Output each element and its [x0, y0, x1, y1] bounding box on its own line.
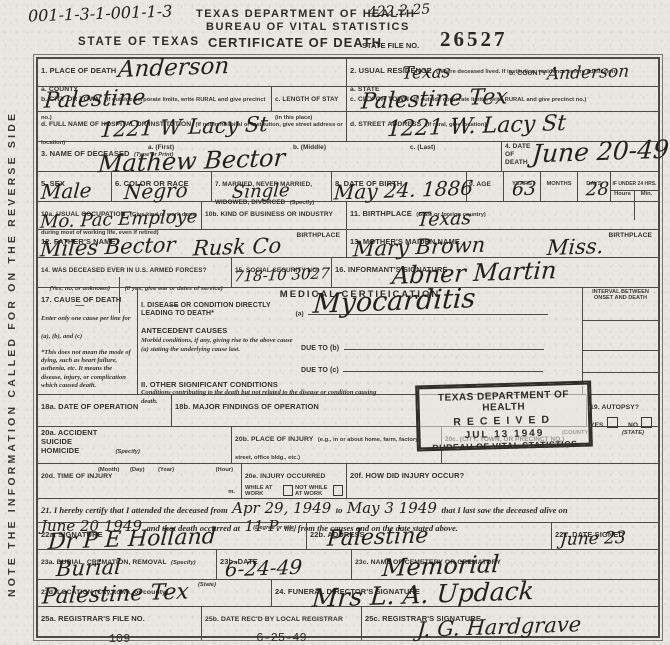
bureau-title: BUREAU OF VITAL STATISTICS [206, 21, 410, 33]
ssn-cell: 15. SOCIAL SECURITY NO. 718-10 3027 [232, 258, 332, 287]
antecedent-label: ANTECEDENT CAUSES [141, 326, 579, 335]
injury-day-label: (Day) [130, 467, 145, 473]
burial-date-value: 6-24-49 [224, 557, 302, 580]
street-address-value: 1221 W. Lacy St [386, 113, 567, 141]
age-years-value: 63 [511, 180, 537, 200]
medical-main-cell: MEDICAL CERTIFICATION I. DISEASE OR COND… [138, 288, 583, 394]
row-attending: 22a. SIGNATURE (Degree or title) Dr P E … [38, 523, 658, 550]
row-service: 14. WAS DECEASED EVER IN U.S. ARMED FORC… [38, 258, 658, 288]
row-place-residence: 1. PLACE OF DEATH a. COUNTY Anderson 2. … [38, 59, 658, 87]
place-city-value: Palestine [43, 87, 146, 113]
received-stamp: TEXAS DEPARTMENT OF HEALTH RECEIVED JUL … [417, 383, 591, 450]
ssn-value: 718-10 3027 [234, 266, 331, 284]
injury-month-label: (Month) [98, 467, 119, 473]
autopsy-cell: 19. AUTOPSY? YES NO [587, 395, 658, 426]
dob-value: May 24. 1886 [333, 178, 473, 203]
occupation-value: Mo. Pac Employe [39, 208, 198, 232]
row-city: b. CITY OR TOWN (If outside corporate li… [38, 87, 658, 112]
disease-value: Myocarditis [312, 285, 476, 318]
due-to-c-label: DUE TO (c) [301, 367, 339, 374]
institution-cell: d. FULL NAME OF HOSPITAL OR INSTITUTION … [38, 112, 347, 141]
disease-label: I. DISEASE OR CONDITION DIRECTLY LEADING… [141, 302, 291, 319]
row-parents: 12. FATHER'S NAME BIRTHPLACE Miles Becto… [38, 230, 658, 258]
mother-birthplace-label: BIRTHPLACE [609, 232, 653, 240]
time-of-injury-cell: 20d. TIME OF INJURY (Month) (Day) (Year)… [38, 464, 242, 498]
attending-address-value: Palestine [326, 525, 429, 551]
injury-occurred-cell: 20e. INJURY OCCURRED WHILE AT WORK NOT W… [242, 464, 347, 498]
row-name-dod: 3. NAME OF DECEASED (Type or Print) a. (… [38, 142, 658, 172]
registrar-signature-value: J. G. Hardgrave [416, 614, 581, 641]
how-injury-label: 20f. HOW DID INJURY OCCUR? [350, 471, 464, 480]
burial-date-cell: 23b. DATE 6-24-49 [217, 550, 352, 579]
sex-value: Male [40, 180, 92, 202]
disposal-location-state-label: (State) [198, 582, 216, 588]
row-disposal: 23a. BURIAL, CREMATION, REMOVAL (Specify… [38, 550, 658, 580]
how-injury-cell: 20f. HOW DID INJURY OCCUR? [347, 464, 658, 498]
birthplace-cell: 11. BIRTHPLACE (State or foreign country… [347, 202, 658, 229]
state-file-no-label: STATE FILE NO. [362, 41, 419, 50]
father-birthplace-value: Rusk Co [192, 235, 282, 259]
cause-of-death-label: 17. CAUSE OF DEATH [41, 295, 121, 304]
name-of-deceased-cell: 3. NAME OF DECEASED (Type or Print) a. (… [38, 142, 502, 171]
funeral-director-value: Mrs L. A. Updack [311, 578, 535, 611]
father-birthplace-label: BIRTHPLACE [297, 232, 341, 240]
date-signed-cell: 22c. DATE SIGNED June 23 [552, 523, 658, 549]
age-years-cell: YEARS 63 [504, 172, 541, 201]
accident-label: 20a. ACCIDENT SUICIDE HOMICIDE [41, 428, 111, 455]
accident-cell: 20a. ACCIDENT SUICIDE HOMICIDE (Specify) [38, 427, 232, 463]
burial-note: (Specify) [171, 560, 195, 566]
age-days-value: 28 [585, 181, 609, 200]
injury-year-label: (Year) [158, 467, 174, 473]
date-signed-value: June 23 [559, 530, 626, 549]
stamp-line1: TEXAS DEPARTMENT OF HEALTH [419, 389, 588, 416]
usual-residence-cell: 2. USUAL RESIDENCE (Where deceased lived… [347, 59, 658, 86]
cemetery-cell: 23c. NAME OF CEMETERY OR CREMATORY Memor… [352, 550, 658, 579]
attending-signature-note: (Degree or title) [253, 525, 296, 531]
father-cell: 12. FATHER'S NAME BIRTHPLACE Miles Becto… [38, 230, 347, 257]
birthplace-label: 11. BIRTHPLACE [350, 209, 412, 218]
autopsy-label: 19. AUTOPSY? [590, 404, 639, 411]
age-months-label: MONTHS [546, 181, 571, 187]
occupation-cell: 10a. USUAL OCCUPATION (Give kind of work… [38, 202, 202, 229]
age-label: 9. AGE [469, 181, 491, 188]
cemetery-value: Memorial [381, 552, 500, 580]
handwritten-number: 422.2 25 [368, 2, 431, 19]
marital-value: Single [231, 182, 290, 202]
disposal-location-value: Palestine Tex [41, 581, 189, 608]
institution-value: 1221 W Lacy St [99, 114, 268, 141]
county-value: Anderson [117, 55, 230, 82]
registrar-file-value: 109 [41, 632, 198, 645]
attending-signature-cell: 22a. SIGNATURE (Degree or title) Dr P E … [38, 523, 307, 549]
interval-label: INTERVAL BETWEEN ONSET AND DEATH [586, 289, 655, 301]
while-at-work-checkbox [283, 485, 293, 496]
state-of-texas: STATE OF TEXAS [78, 36, 200, 48]
industry-label: 10b. KIND OF BUSINESS OR INDUSTRY [205, 211, 333, 218]
mother-cell: 13. MOTHER'S MAIDEN NAME BIRTHPLACE Mary… [347, 230, 658, 257]
certify-from-value: Apr 29, 1949 [232, 499, 331, 517]
certificate-form: 1. PLACE OF DEATH a. COUNTY Anderson 2. … [36, 57, 660, 638]
reverse-side-note: NOTE THE INFORMATION CALLED FOR ON THE R… [6, 78, 26, 630]
place-of-death-cell: 1. PLACE OF DEATH a. COUNTY Anderson [38, 59, 347, 86]
row-vitals: 5. SEX Male 6. COLOR OR RACE Negro 7. MA… [38, 172, 658, 202]
length-of-stay-label: c. LENGTH OF STAY [275, 96, 338, 103]
burial-cell: 23a. BURIAL, CREMATION, REMOVAL (Specify… [38, 550, 217, 579]
injury-occurred-label: 20e. INJURY OCCURRED [245, 473, 325, 480]
residence-state-value: Texas [401, 64, 451, 83]
accident-note: (Specify) [115, 449, 139, 455]
registrar-signature-cell: 25c. REGISTRAR'S SIGNATURE J. G. Hardgra… [362, 607, 658, 640]
place-of-injury-cell: 20b. PLACE OF INJURY (e.g., in or about … [232, 427, 442, 463]
middle-name-label: b. (Middle) [293, 144, 326, 152]
row-registrar: 25a. REGISTRAR'S FILE NO. 109 25b. DATE … [38, 607, 658, 640]
injury-hour-label: (Hour) [216, 467, 233, 473]
row-occupation: 10a. USUAL OCCUPATION (Give kind of work… [38, 202, 658, 230]
not-while-at-work-checkbox [333, 485, 343, 496]
burial-value: Burial [55, 557, 121, 580]
age-cell: 9. AGE YEARS 63 MONTHS DAYS 28 IF UNDER … [467, 172, 658, 201]
race-cell: 6. COLOR OR RACE Negro [112, 172, 212, 201]
certificate-title: CERTIFICATE OF DEATH [208, 35, 382, 50]
armed-forces-label: 14. WAS DECEASED EVER IN U.S. ARMED FORC… [41, 267, 207, 274]
residence-county-value: Anderson [546, 64, 629, 84]
father-value: Miles Bector [39, 235, 176, 261]
mother-value: Mary Brown [352, 235, 486, 261]
certify-text-2: to [336, 505, 343, 515]
industry-cell: 10b. KIND OF BUSINESS OR INDUSTRY [202, 202, 347, 229]
sex-cell: 5. SEX Male [38, 172, 112, 201]
interval-cell: INTERVAL BETWEEN ONSET AND DEATH [583, 288, 658, 394]
operation-findings-label: 18b. MAJOR FINDINGS OF OPERATION [175, 402, 319, 411]
operation-date-cell: 18a. DATE OF OPERATION [38, 395, 172, 426]
cause-note1: Enter only one cause per line for (a), (… [41, 315, 130, 340]
row-medical-certification: 17. CAUSE OF DEATH Enter only one cause … [38, 288, 658, 395]
race-value: Negro [123, 180, 188, 202]
certify-to-value: May 3 1949 [347, 499, 437, 517]
age-days-cell: DAYS 28 [578, 172, 611, 201]
funeral-director-cell: 24. FUNERAL DIRECTOR'S SIGNATURE Mrs L. … [272, 580, 658, 606]
while-at-work-label: WHILE AT WORK [245, 485, 278, 498]
registrar-date-value: 6-25-49 [205, 631, 358, 645]
disease-mark: (a) [295, 310, 303, 317]
place-city-cell: b. CITY OR TOWN (If outside corporate li… [38, 87, 272, 111]
registrar-file-label: 25a. REGISTRAR'S FILE NO. [41, 614, 145, 623]
cause-of-death-cell: 17. CAUSE OF DEATH Enter only one cause … [38, 288, 138, 394]
last-name-label: c. (Last) [410, 144, 435, 152]
registrar-date-cell: 25b. DATE REC'D BY LOCAL REGISTRAR 6-25-… [202, 607, 362, 640]
certify-text-1: 21. I hereby certify that I attended the… [41, 505, 228, 515]
row-injury-time: 20d. TIME OF INJURY (Month) (Day) (Year)… [38, 464, 658, 499]
injury-meridiem-label: m. [228, 489, 235, 495]
row-location-director: 23d. LOCATION (City, town, or county) (S… [38, 580, 658, 607]
age-label-cell: 9. AGE [467, 172, 504, 201]
length-of-stay-cell: c. LENGTH OF STAY (in this place) [272, 87, 347, 111]
antecedent-note: Morbid conditions, if any, giving rise t… [141, 337, 301, 355]
certify-cell: 21. I hereby certify that I attended the… [38, 499, 658, 522]
date-of-death-cell: 4. DATE OF DEATH June 20-49 [502, 142, 658, 171]
injury-state-label: (STATE) [622, 430, 644, 436]
informant-cell: 16. INFORMANT'S SIGNATURE Abner Martin [332, 258, 658, 287]
operation-date-label: 18a. DATE OF OPERATION [41, 402, 138, 411]
place-of-death-label: 1. PLACE OF DEATH [41, 66, 116, 75]
due-to-b-label: DUE TO (b) [301, 345, 339, 352]
age-months-cell: MONTHS [541, 172, 578, 201]
birthplace-value: Texas [416, 209, 472, 230]
residence-county-label: b. COUNTY [509, 70, 547, 78]
disposal-location-cell: 23d. LOCATION (City, town, or county) (S… [38, 580, 272, 606]
residence-city-value: Palestine Tex [360, 86, 508, 113]
attending-address-cell: 22b. ADDRESS Palestine [307, 523, 552, 549]
handwritten-file-code: 001-1-3-1-001-1-3 [28, 3, 173, 24]
age-under24-label: IF UNDER 24 HRS. [613, 181, 657, 187]
cause-note2: *This does not mean the mode of dying, s… [41, 349, 134, 390]
armed-forces-cell: 14. WAS DECEASED EVER IN U.S. ARMED FORC… [38, 258, 232, 287]
date-of-death-value: June 20-49 [531, 137, 670, 167]
dob-cell: 8. DATE OF BIRTH May 24. 1886 [332, 172, 467, 201]
residence-city-cell: c. CITY OR TOWN (If outside corporate li… [347, 87, 658, 111]
not-while-at-work-label: NOT WHILE AT WORK [295, 485, 328, 498]
certify-text-3: that I last saw the deceased alive on [441, 505, 567, 515]
age-under24-cell: IF UNDER 24 HRS. Hours Min. [611, 172, 658, 201]
state-file-no-value: 26527 [440, 27, 508, 52]
place-of-injury-label: 20b. PLACE OF INJURY [235, 436, 313, 443]
time-of-injury-label: 20d. TIME OF INJURY [41, 473, 113, 480]
row-certify: 21. I hereby certify that I attended the… [38, 499, 658, 523]
marital-cell: 7. MARRIED, NEVER MARRIED, WIDOWED, DIVO… [212, 172, 332, 201]
registrar-file-cell: 25a. REGISTRAR'S FILE NO. 109 [38, 607, 202, 640]
registrar-date-label: 25b. DATE REC'D BY LOCAL REGISTRAR [205, 616, 343, 623]
